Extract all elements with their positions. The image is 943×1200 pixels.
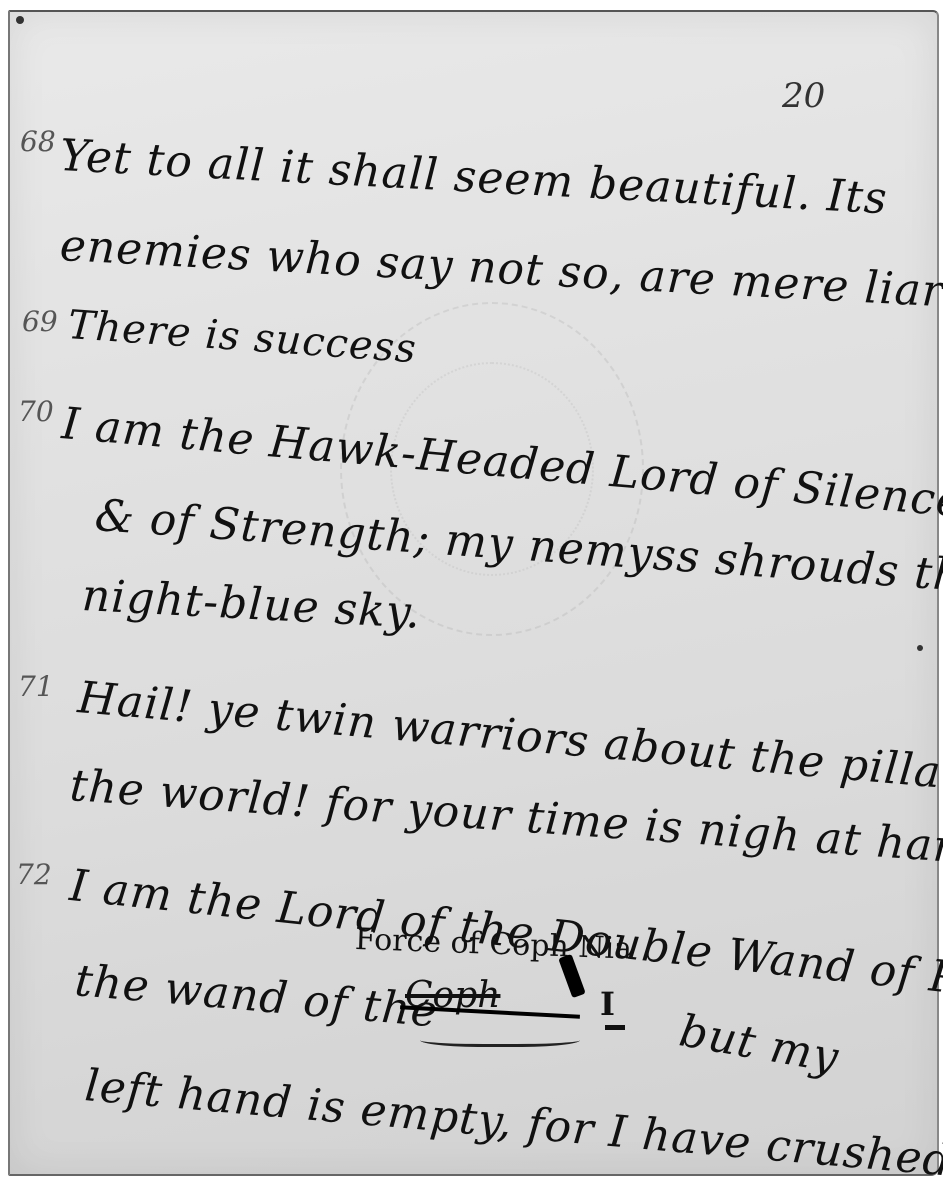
verse-number: 71 <box>18 670 54 703</box>
verse-number: 68 <box>20 125 56 158</box>
underline-squiggle <box>420 1030 580 1047</box>
pin-hole <box>917 645 923 651</box>
verse-number: 69 <box>22 305 58 338</box>
pin-hole <box>16 16 24 24</box>
verse-number: 72 <box>16 858 52 891</box>
margin-mark: I <box>600 985 615 1023</box>
page-number: 20 <box>782 76 825 116</box>
verse-number: 70 <box>18 395 54 428</box>
margin-mark-bar <box>605 1025 625 1030</box>
